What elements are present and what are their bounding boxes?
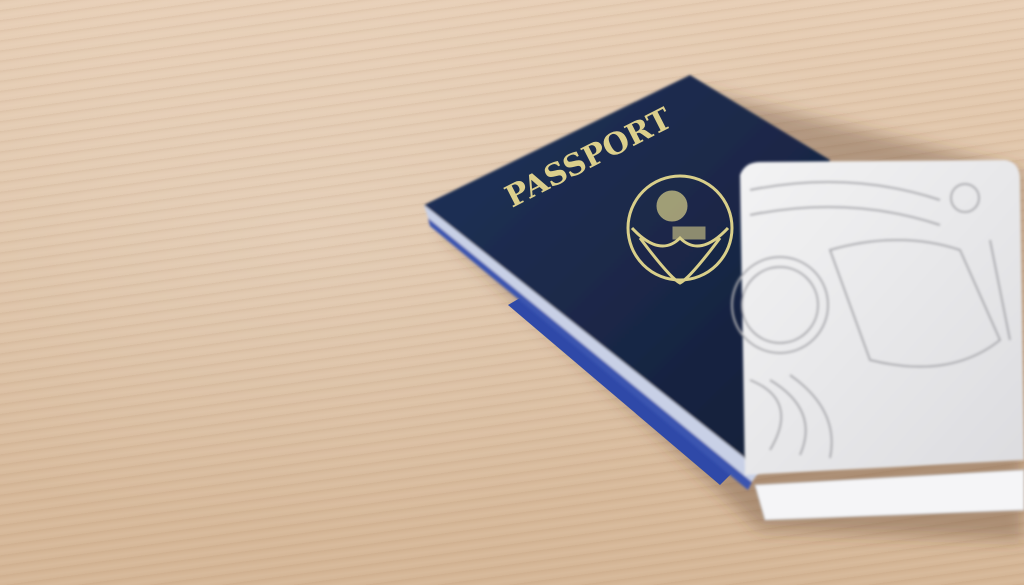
- passport-scene: PASSPORT: [0, 0, 1024, 585]
